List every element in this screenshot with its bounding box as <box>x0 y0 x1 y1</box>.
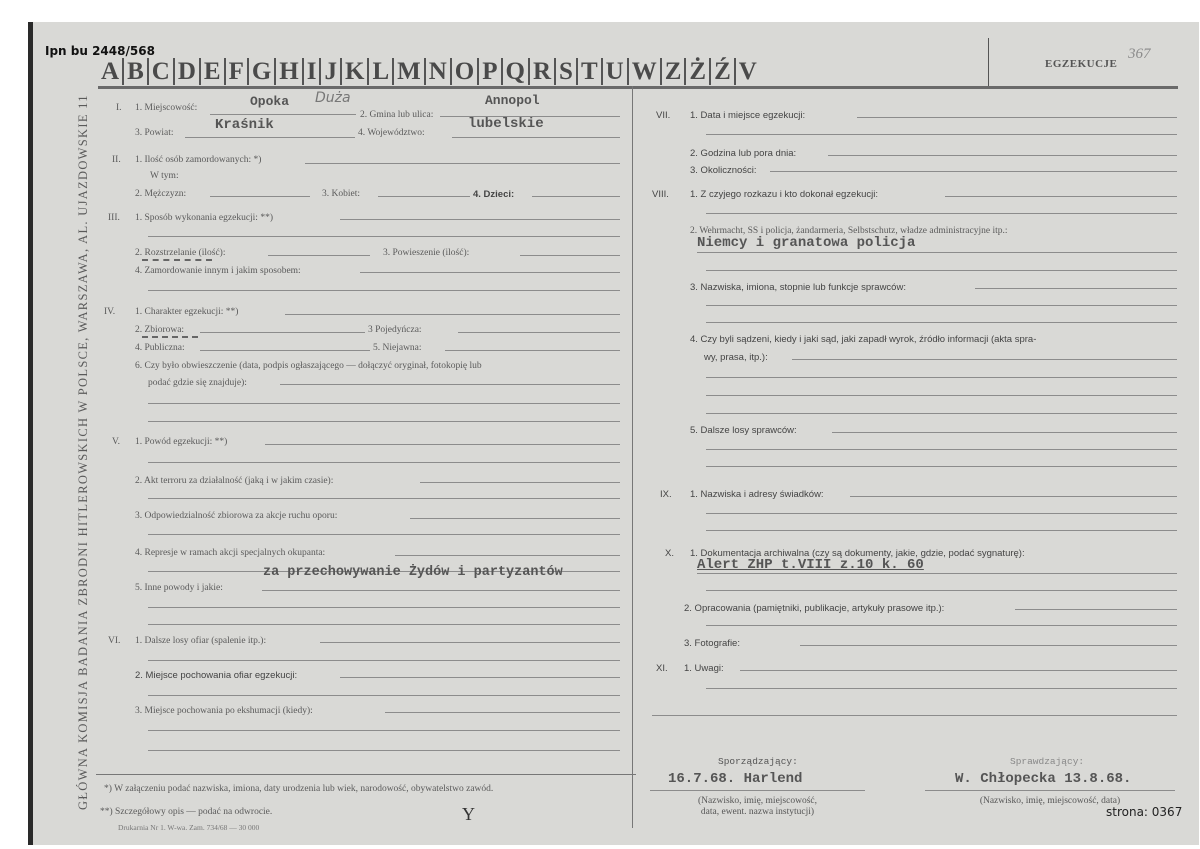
field-label: 2. Miejsce pochowania ofiar egzekucji: <box>135 670 297 681</box>
section-roman: VIII. <box>652 189 669 200</box>
field-line <box>706 322 1177 323</box>
field-label: 4. Zamordowanie innym i jakim sposobem: <box>135 266 301 276</box>
field-line <box>148 750 620 751</box>
field-line <box>706 270 1177 271</box>
field-line <box>360 272 620 273</box>
field-value: Alert ZHP t.VIII z.10 k. 60 <box>697 557 924 573</box>
field-label: 1. Nazwiska i adresy świadków: <box>690 489 824 500</box>
field-label: 1. Sposób wykonania egzekucji: **) <box>135 213 273 223</box>
index-letter: M <box>394 58 426 85</box>
field-line <box>210 114 356 115</box>
field-line <box>706 530 1177 531</box>
index-letter: R <box>530 58 556 85</box>
field-line <box>706 134 1177 135</box>
field-line <box>857 117 1177 118</box>
field-line <box>285 314 620 315</box>
field-line <box>832 432 1177 433</box>
field-label: 4. Województwo: <box>358 128 425 138</box>
field-line <box>148 290 620 291</box>
field-line <box>706 377 1177 378</box>
field-label: 3. Powieszenie (ilość): <box>383 248 469 258</box>
section-roman: VI. <box>108 636 120 646</box>
index-letter: A <box>98 58 124 85</box>
field-value: Annopol <box>485 93 540 108</box>
field-line <box>800 645 1177 646</box>
section-roman: XI. <box>656 663 668 674</box>
index-letter: H <box>276 58 303 85</box>
field-label: 4. Represje w ramach akcji specjalnych o… <box>135 548 325 558</box>
index-letter: C <box>149 58 175 85</box>
field-label: 1. Dalsze losy ofiar (spalenie itp.): <box>135 636 266 646</box>
field-line <box>148 421 620 422</box>
field-line <box>828 155 1177 156</box>
field-line <box>706 466 1177 467</box>
index-letter: Ź <box>711 58 736 85</box>
field-line <box>148 498 620 499</box>
field-line <box>148 462 620 463</box>
field-line <box>706 413 1177 414</box>
field-label: 1. Miejscowość: <box>135 103 197 113</box>
field-line <box>706 305 1177 306</box>
field-line <box>410 518 620 519</box>
field-label: 3 Pojedyńcza: <box>368 325 422 335</box>
index-letter: B <box>124 58 149 85</box>
field-value-handwritten: Duża <box>315 90 351 106</box>
field-line <box>148 607 620 608</box>
field-label: 2. Zbiorowa: <box>135 325 184 335</box>
field-line <box>148 403 620 404</box>
field-line <box>850 496 1177 497</box>
field-line <box>148 730 620 731</box>
field-line <box>706 449 1177 450</box>
index-letter: T <box>578 58 603 85</box>
field-line <box>740 670 1177 671</box>
index-letter: E <box>201 58 226 85</box>
field-label: 2. Gmina lub ulica: <box>360 110 433 120</box>
side-institution-text: GŁÓWNA KOMISJA BADANIA ZBRODNI HITLEROWS… <box>76 50 91 810</box>
field-label: 5. Niejawna: <box>373 343 422 353</box>
index-letter: Q <box>503 58 530 85</box>
index-letter: V <box>736 58 760 85</box>
underline-mark <box>142 336 198 338</box>
field-label: 6. Czy było obwieszczenie (data, podpis … <box>135 361 482 371</box>
field-line <box>280 384 620 385</box>
field-value: za przechowywanie Żydów i partyzantów <box>263 565 563 580</box>
field-line <box>395 555 620 556</box>
signature-line <box>650 790 865 791</box>
field-label: 3. Kobiet: <box>322 189 360 199</box>
field-line <box>706 213 1177 214</box>
printer-info: Drukarnia Nr 1. W-wa. Zam. 734/68 — 30 0… <box>118 823 259 832</box>
field-line <box>1015 609 1177 610</box>
field-line <box>532 196 620 197</box>
field-label: 5. Inne powody i jakie: <box>135 583 223 593</box>
field-line <box>148 534 620 535</box>
field-label: 1. Powód egzekucji: **) <box>135 437 227 447</box>
field-line <box>706 395 1177 396</box>
section-roman: IX. <box>660 489 672 500</box>
field-line <box>200 350 370 351</box>
field-value: lubelskie <box>468 116 544 132</box>
field-label: 2. Opracowania (pamiętniki, publikacje, … <box>684 603 944 614</box>
section-roman: IV. <box>104 307 115 317</box>
signature-line <box>925 790 1175 791</box>
index-letter: F <box>226 58 249 85</box>
handwritten-number: 367 <box>1128 46 1151 63</box>
field-label: 1. Ilość osób zamordowanych: *) <box>135 155 261 165</box>
header-rule <box>98 86 1178 89</box>
caption-line: (Nazwisko, imię, miejscowość, <box>650 796 865 807</box>
index-letter: Z <box>662 58 687 85</box>
field-line <box>458 332 620 333</box>
column-separator <box>632 86 633 828</box>
caption-line: data, ewent. nazwa instytucji) <box>650 807 865 818</box>
field-label: 3. Okoliczności: <box>690 165 757 176</box>
field-label: 3. Miejsce pochowania po ekshumacji (kie… <box>135 706 313 716</box>
section-roman: I. <box>116 103 122 113</box>
field-label: 3. Fotografie: <box>684 638 740 649</box>
field-line <box>148 236 620 237</box>
field-line <box>706 688 1177 689</box>
page-label: strona: 0367 <box>1106 805 1182 819</box>
index-letter: L <box>369 58 394 85</box>
field-line <box>210 196 310 197</box>
index-letter: N <box>426 58 452 85</box>
field-label: 4. Publiczna: <box>135 343 185 353</box>
field-label: 4. Czy byli sądzeni, kiedy i jaki sąd, j… <box>690 334 1036 345</box>
footnote-2: **) Szczegółowy opis — podać na odwrocie… <box>100 807 272 817</box>
field-line <box>148 660 620 661</box>
field-label: 5. Dalsze losy sprawców: <box>690 425 797 436</box>
field-label: 1. Z czyjego rozkazu i kto dokonał egzek… <box>690 189 878 200</box>
field-label: podać gdzie się znajduje): <box>148 378 247 388</box>
document-page <box>28 22 1199 845</box>
field-value: Niemcy i granatowa policja <box>697 235 915 251</box>
checked-value: W. Chłopecka 13.8.68. <box>955 771 1131 787</box>
index-letter: J <box>321 58 342 85</box>
field-line <box>185 137 355 138</box>
field-label: 3. Powiat: <box>135 128 174 138</box>
field-line <box>340 219 620 220</box>
index-letter: W <box>629 58 662 85</box>
alphabet-index: ABCDEFGHIJKLMNOPQRSTUWZŻŹV <box>98 58 760 85</box>
prepared-value: 16.7.68. Harlend <box>668 771 802 787</box>
field-label: 3. Odpowiedzialność zbiorowa za akcje ru… <box>135 511 337 521</box>
field-label: W tym: <box>150 171 179 181</box>
field-line <box>265 444 620 445</box>
archive-reference: Ipn bu 2448/568 <box>45 44 155 58</box>
section-roman: III. <box>108 213 120 223</box>
field-value-typed: Opoka <box>250 94 289 109</box>
section-roman: VII. <box>656 110 670 121</box>
field-line <box>378 196 470 197</box>
field-line <box>148 624 620 625</box>
section-roman: V. <box>112 437 120 447</box>
field-line <box>262 590 620 591</box>
field-line <box>706 625 1177 626</box>
prepared-caption: (Nazwisko, imię, miejscowość, data, ewen… <box>650 796 865 818</box>
field-line <box>148 695 620 696</box>
field-label: 3. Nazwiska, imiona, stopnie lub funkcje… <box>690 282 906 293</box>
field-label: 4. Dzieci: <box>473 189 514 200</box>
field-line <box>770 171 1177 172</box>
checked-label: Sprawdzający: <box>1010 756 1084 767</box>
field-label: 1. Charakter egzekucji: **) <box>135 307 238 317</box>
field-line <box>200 332 365 333</box>
field-line <box>706 590 1177 591</box>
field-line <box>305 163 620 164</box>
field-line <box>652 715 1177 716</box>
form-type: EGZEKUCJE <box>1045 58 1117 70</box>
index-letter: D <box>175 58 201 85</box>
field-label: 2. Akt terroru za działalność (jaką i w … <box>135 476 333 486</box>
field-line <box>792 359 1177 360</box>
underline-mark <box>142 259 212 261</box>
field-label: 2. Rozstrzelanie (ilość): <box>135 248 225 258</box>
index-letter: U <box>603 58 629 85</box>
prepared-label: Sporządzający: <box>718 756 798 767</box>
field-line <box>340 677 620 678</box>
field-line <box>320 642 620 643</box>
field-label: 1. Data i miejsce egzekucji: <box>690 110 805 121</box>
index-letter: S <box>556 58 578 85</box>
index-letter: Ż <box>686 58 711 85</box>
field-line <box>520 255 620 256</box>
field-line <box>975 288 1177 289</box>
field-line <box>385 712 620 713</box>
field-value: Kraśnik <box>215 117 274 133</box>
field-line <box>697 252 1177 253</box>
footnote-1: *) W załączeniu podać nazwiska, imiona, … <box>104 784 624 795</box>
index-letter: K <box>342 58 369 85</box>
section-roman: X. <box>665 548 674 559</box>
field-line <box>697 573 1177 574</box>
footnote-rule <box>96 774 636 775</box>
field-line <box>706 513 1177 514</box>
field-line <box>945 196 1177 197</box>
index-letter: I <box>304 58 322 85</box>
field-label: 2. Godzina lub pora dnia: <box>690 148 796 159</box>
index-letter: O <box>452 58 479 85</box>
field-line <box>452 137 620 138</box>
field-label: 2. Mężczyzn: <box>135 189 186 199</box>
hand-mark: Y <box>462 804 475 825</box>
field-label: wy, prasa, itp.): <box>704 352 768 363</box>
field-label: 1. Uwagi: <box>684 663 724 674</box>
section-roman: II. <box>112 155 121 165</box>
index-letter: P <box>479 58 502 85</box>
index-letter: G <box>249 58 276 85</box>
field-line <box>268 255 370 256</box>
field-line <box>445 350 620 351</box>
header-divider <box>988 38 989 86</box>
field-line <box>420 482 620 483</box>
